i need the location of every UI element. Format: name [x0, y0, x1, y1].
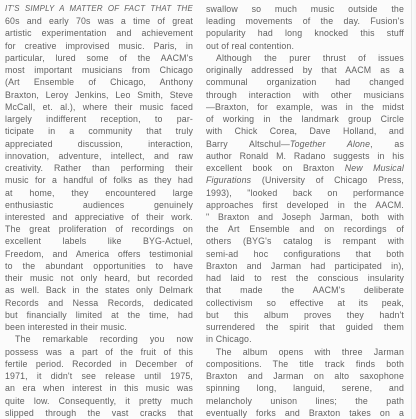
text-line: for creative improvised music. Paris, in: [5, 40, 193, 52]
text-line: through interaction with other musicians: [206, 89, 404, 101]
text-line: enthusiastic audiences genuinely: [5, 199, 193, 211]
text-segment: innovation, adventure, intellect, and ra…: [5, 151, 193, 161]
text-line: had laid to rest the conscious insularit…: [206, 272, 404, 284]
text-line: spinning long, languid, serene, and: [206, 382, 404, 394]
text-segment: of working in the landmark group Circle: [206, 114, 404, 124]
text-line: popularity had long knocked this stuff: [206, 27, 404, 39]
text-line: IT'S SIMPLY A MATTER OF FACT THAT THE LA…: [5, 3, 193, 15]
text-line: excellent labels like BYG-Actuel,: [5, 235, 193, 247]
text-line: their music not only heard, but recorded: [5, 272, 193, 284]
text-line: been interested in their music.: [5, 321, 193, 333]
text-line: approaches first developed in the AACM.: [206, 199, 404, 211]
liner-notes-page: IT'S SIMPLY A MATTER OF FACT THAT THE LA…: [0, 0, 416, 419]
text-line: originally addressed by that AACM as a: [206, 64, 404, 76]
page-edge-line: [411, 0, 412, 419]
text-line: excellent book on Braxton New Musical: [206, 162, 404, 174]
text-segment: fertile period. Recorded in December of: [5, 359, 193, 369]
text-line: appreciated discussion, interaction,: [5, 138, 193, 150]
text-segment: an era when interest in this music was: [5, 383, 193, 393]
text-segment: Records and Nessa Records, dedicated: [5, 298, 193, 308]
text-segment: Although the purer thrust of issues: [216, 53, 404, 63]
text-segment: —Braxton, for example, was in the midst: [206, 102, 404, 112]
text-segment: particular, lured some of the AACM's: [5, 53, 193, 63]
text-segment: most important musicians from Chicago: [5, 65, 193, 75]
text-segment: creativity. Rather than performing their: [5, 163, 193, 173]
text-line: fertile period. Recorded in December of: [5, 358, 193, 370]
text-line: artistic experimentation and achievement: [5, 27, 193, 39]
text-segment: Barry Altschul—: [206, 139, 290, 149]
text-segment: eventually forks and Braxton takes on a: [206, 408, 404, 418]
text-line: Braxton, Leroy Jenkins, Leo Smith, Steve: [5, 89, 193, 101]
text-line: to the abundant opportunities to have: [5, 260, 193, 272]
italic-text-segment: Figurations: [206, 175, 251, 185]
text-segment: been interested in their music.: [5, 322, 127, 332]
text-segment: Braxton and Jarman on alto saxophone: [206, 371, 404, 381]
text-line: " Braxton and Joseph Jarman, both with: [206, 211, 404, 223]
text-line: semi-ad hoc configurations that both: [206, 248, 404, 260]
text-line: at home, they encountered large: [5, 187, 193, 199]
text-segment: through interaction with other musicians: [206, 90, 404, 100]
text-segment: McCall, et. al.), where their music face…: [5, 102, 193, 112]
text-line: most important musicians from Chicago: [5, 64, 193, 76]
text-line: interested and appreciative of their wor…: [5, 211, 193, 223]
text-line: Barry Altschul—Together Alone, as: [206, 138, 404, 150]
text-segment: for creative improvised music. Paris, in: [5, 41, 193, 51]
text-segment: (University of Chicago Press,: [251, 175, 404, 185]
text-line: Braxton and Jarman on alto saxophone: [206, 370, 404, 382]
text-line: collectivism so effective at its peak,: [206, 297, 404, 309]
text-line: but financially limited at the time, had: [5, 309, 193, 321]
text-segment: The great proliferation of recordings on: [5, 224, 193, 234]
text-segment: The album opens with three Jarman: [216, 347, 404, 357]
text-segment: but financially limited at the time, had: [5, 310, 193, 320]
text-segment: , as: [370, 139, 404, 149]
text-segment: Braxton, Leroy Jenkins, Leo Smith, Steve: [5, 90, 193, 100]
text-segment: out of real contention.: [206, 41, 294, 51]
text-line: innovation, adventure, intellect, and ra…: [5, 150, 193, 162]
text-line: Although the purer thrust of issues: [206, 52, 404, 64]
text-segment: in Chicago.: [206, 334, 252, 344]
text-segment: (Art Ensemble of Chicago, Anthony: [5, 77, 193, 87]
text-line: as well. Back in the states only Delmark: [5, 284, 193, 296]
text-segment: to the abundant opportunities to have: [5, 261, 193, 271]
text-segment: enthusiastic audiences genuinely: [5, 200, 193, 210]
text-line: eventually forks and Braxton takes on a: [206, 407, 404, 419]
text-line: The album opens with three Jarman: [206, 346, 404, 358]
text-segment: had laid to rest the conscious insularit…: [206, 273, 404, 283]
text-segment: at home, they encountered large: [5, 188, 193, 198]
text-line: McCall, et. al.), where their music face…: [5, 101, 193, 113]
text-segment: IT'S SIMPLY A MATTER OF FACT THAT THE LA…: [5, 4, 193, 15]
text-line: surrendered the spirit that guided them: [206, 321, 404, 333]
text-segment: slipped through the vast cracks that: [5, 408, 193, 418]
text-segment: excellent labels like BYG-Actuel,: [5, 236, 193, 246]
text-line: melancholy unison lines; the path: [206, 395, 404, 407]
text-line: author Ronald M. Radano suggests in his: [206, 150, 404, 162]
text-segment: popularity had long knocked this stuff: [206, 28, 404, 38]
text-segment: music for a handful of folks as they had: [5, 175, 193, 185]
text-segment: possess was a part of the fruit of this: [5, 347, 193, 357]
text-column-right: swallow so much music outside theleading…: [206, 3, 404, 419]
text-segment: 1993), "looked back on performance: [206, 188, 404, 198]
text-line: Records and Nessa Records, dedicated: [5, 297, 193, 309]
text-segment: author Ronald M. Radano suggests in his: [206, 151, 404, 161]
text-segment: compositions. The title track finds both: [206, 359, 404, 369]
text-line: out of real contention.: [206, 40, 404, 52]
text-line: Figurations (University of Chicago Press…: [206, 174, 404, 186]
text-line: 60s and early 70s was a time of great: [5, 15, 193, 27]
page-edge-shadow: [412, 0, 416, 419]
text-segment: Freedom, and America offers testimonial: [5, 249, 193, 259]
text-line: 1971, it didn't see release until 1975,: [5, 370, 193, 382]
text-line: music for a handful of folks as they had: [5, 174, 193, 186]
text-line: with Chick Corea, Dave Holland, and: [206, 125, 404, 137]
text-line: communal organization had changed: [206, 76, 404, 88]
text-line: possess was a part of the fruit of this: [5, 346, 193, 358]
text-line: quite low. Consequently, it pretty much: [5, 395, 193, 407]
text-line: of working in the landmark group Circle: [206, 113, 404, 125]
text-segment: swallow so much music outside the: [206, 4, 404, 14]
text-segment: excellent book on Braxton: [206, 163, 345, 173]
text-segment: semi-ad hoc configurations that both: [206, 249, 404, 259]
text-line: slipped through the vast cracks that: [5, 407, 193, 419]
text-column-left: IT'S SIMPLY A MATTER OF FACT THAT THE LA…: [5, 3, 193, 419]
text-line: largely indifferent reception, to par-: [5, 113, 193, 125]
text-line: Freedom, and America offers testimonial: [5, 248, 193, 260]
text-line: in Chicago.: [206, 333, 404, 345]
text-segment: melancholy unison lines; the path: [206, 396, 404, 406]
article-body: IT'S SIMPLY A MATTER OF FACT THAT THE LA…: [5, 3, 404, 419]
italic-text-segment: Together Alone: [290, 139, 370, 149]
text-segment: collectivism so effective at its peak,: [206, 298, 404, 308]
text-segment: as well. Back in the states only Delmark: [5, 285, 193, 295]
text-segment: approaches first developed in the AACM.: [206, 200, 404, 210]
text-line: 1993), "looked back on performance: [206, 187, 404, 199]
text-line: The great proliferation of recordings on: [5, 223, 193, 235]
text-line: an era when interest in this music was: [5, 382, 193, 394]
text-segment: spinning long, languid, serene, and: [206, 383, 404, 393]
text-segment: interested and appreciative of their wor…: [5, 212, 193, 222]
text-segment: leading movements of the day. Fusion's: [206, 16, 404, 26]
text-line: the Art Ensemble and on recordings of: [206, 223, 404, 235]
text-segment: 60s and early 70s was a time of great: [5, 16, 193, 26]
text-line: swallow so much music outside the: [206, 3, 404, 15]
text-segment: artistic experimentation and achievement: [5, 28, 193, 38]
text-segment: The remarkable recording you now: [15, 334, 193, 344]
text-line: but this album proves they hadn't: [206, 309, 404, 321]
text-segment: originally addressed by that AACM as a: [206, 65, 404, 75]
text-segment: communal organization had changed: [206, 77, 404, 87]
text-line: ticipate in a community that truly: [5, 125, 193, 137]
text-segment: but this album proves they hadn't: [206, 310, 404, 320]
text-segment: Braxton and Jarman had participated in),: [206, 261, 404, 271]
italic-text-segment: New Musical: [345, 163, 404, 173]
text-segment: ticipate in a community that truly: [5, 126, 193, 136]
text-line: compositions. The title track finds both: [206, 358, 404, 370]
text-segment: their music not only heard, but recorded: [5, 273, 193, 283]
text-line: that made the AACM's deliberate: [206, 284, 404, 296]
text-segment: surrendered the spirit that guided them: [206, 322, 404, 332]
text-line: The remarkable recording you now: [5, 333, 193, 345]
text-segment: others (BYG's catalog is rempant with: [206, 236, 404, 246]
text-line: leading movements of the day. Fusion's: [206, 15, 404, 27]
text-line: particular, lured some of the AACM's: [5, 52, 193, 64]
text-segment: quite low. Consequently, it pretty much: [5, 396, 193, 406]
text-line: Braxton and Jarman had participated in),: [206, 260, 404, 272]
text-line: (Art Ensemble of Chicago, Anthony: [5, 76, 193, 88]
text-segment: the Art Ensemble and on recordings of: [206, 224, 404, 234]
text-segment: with Chick Corea, Dave Holland, and: [206, 126, 404, 136]
text-line: others (BYG's catalog is rempant with: [206, 235, 404, 247]
text-segment: largely indifferent reception, to par-: [5, 114, 193, 124]
text-segment: 1971, it didn't see release until 1975,: [5, 371, 193, 381]
text-line: —Braxton, for example, was in the midst: [206, 101, 404, 113]
text-segment: appreciated discussion, interaction,: [5, 139, 193, 149]
text-line: creativity. Rather than performing their: [5, 162, 193, 174]
text-segment: " Braxton and Joseph Jarman, both with: [206, 212, 404, 222]
text-segment: that made the AACM's deliberate: [206, 285, 404, 295]
